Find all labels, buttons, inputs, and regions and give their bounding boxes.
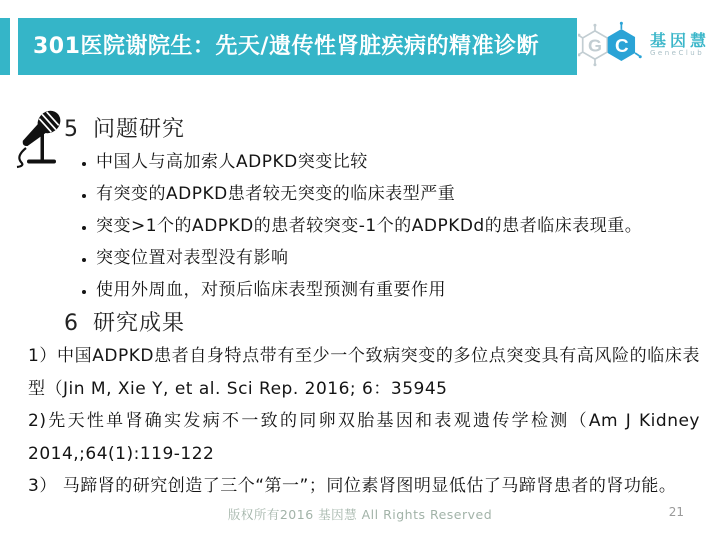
list-item: 突变>1个的ADPKD的患者较突变-1个的ADPKDd的患者临床表现重。 — [96, 210, 716, 242]
list-item: 使用外周血，对预后临床表型预测有重要作用 — [96, 274, 716, 306]
header-accent-bar — [0, 18, 10, 75]
section-heading-results: 6研究成果 — [64, 306, 185, 337]
list-item: 有突变的ADPKD患者较无突变的临床表型严重 — [96, 178, 716, 210]
section-title: 研究成果 — [93, 311, 185, 336]
section-number: 6 — [64, 311, 79, 336]
result-item: 3） 马蹄肾的研究创造了三个“第一”；同位素肾图明显低估了马蹄肾患者的肾功能。 — [28, 470, 700, 503]
svg-text:G: G — [588, 36, 602, 56]
list-item: 突变位置对表型没有影响 — [96, 242, 716, 274]
slide-title: 301医院谢院生：先天/遗传性肾脏疾病的精准诊断 — [18, 18, 577, 75]
list-item: 中国人与高加索人ADPKD突变比较 — [96, 146, 716, 178]
section-heading-problems: 5问题研究 — [64, 112, 185, 143]
result-item: 2)先天性单肾确实发病不一致的同卵双胎基因和表观遗传学检测（Am J Kidne… — [28, 405, 700, 470]
problem-bullet-list: 中国人与高加索人ADPKD突变比较 有突变的ADPKD患者较无突变的临床表型严重… — [76, 146, 716, 306]
section-number: 5 — [64, 117, 79, 142]
section-title: 问题研究 — [93, 117, 185, 142]
logo-name-cn: 基因慧 — [650, 32, 710, 50]
svg-text:C: C — [615, 35, 629, 56]
results-block: 1）中国ADPKD患者自身特点带有至少一个致病突变的多位点突变具有高风险的临床表… — [28, 340, 700, 503]
logo-hexagons-icon: G C — [578, 20, 644, 70]
result-item: 1）中国ADPKD患者自身特点带有至少一个致病突变的多位点突变具有高风险的临床表… — [28, 340, 700, 405]
microphone-icon — [13, 108, 65, 174]
page-number: 21 — [669, 505, 684, 519]
copyright-text: 版权所有2016 基因慧 All Rights Reserved — [0, 505, 720, 523]
geneclub-logo: G C 基因慧 GeneClub — [578, 20, 710, 70]
logo-name-en: GeneClub — [650, 50, 710, 58]
